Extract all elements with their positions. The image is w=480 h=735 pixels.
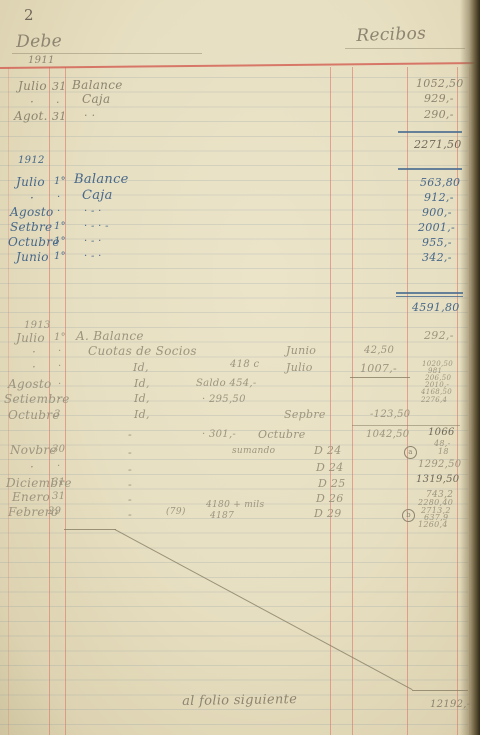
entry-date: Junio [16,250,49,264]
entry-amount: 290,- [424,108,454,121]
recibos-underline [345,48,465,49]
debe-underline [12,53,202,54]
entry-date: Julio [18,79,47,93]
entry-date: · [32,360,36,374]
entry-amount: 2001,- [418,221,455,234]
entry-ref: D 24 [314,444,342,457]
closing-line [64,529,116,530]
entry-desc: - [128,493,132,506]
entry-desc: - [128,428,132,441]
sum-underline [350,377,410,378]
entry-desc: - [128,463,132,476]
entry-ref: D 26 [316,492,344,505]
entry-value: 1007,- [360,362,397,375]
entry-date: Agot. [14,109,48,123]
entry-amount: 1066 [428,427,455,438]
ledger-page: 2 Debe Recibos 1911 Julio 31 Balance 105… [0,0,480,735]
entry-day: · [56,96,60,109]
entry-desc: - [128,478,132,491]
entry-month: Julio [286,361,313,374]
entry-day: · [58,379,61,390]
header-rule [0,62,480,69]
entry-amount: 955,- [422,236,452,249]
entry-day: · [58,394,61,405]
page-number: 2 [24,6,34,24]
entry-date: · [32,345,36,359]
entry-day: 1° [54,332,66,343]
sum-underline [352,425,460,426]
entry-day: 1° [54,176,66,187]
entry-day: · [58,346,61,357]
book-edge [460,0,480,735]
entry-amount: 342,- [422,251,452,264]
horizontal-ruling [0,77,468,735]
entry-month: Junio [286,344,316,357]
entry-day: 1° [54,236,66,247]
entry-note: Saldo 454,- [196,378,257,389]
circled-mark: a [404,446,417,459]
entry-amount: 900,- [422,206,452,219]
entry-note: (79) [166,507,186,517]
entry-sub-amount: 1260,4 [418,520,448,529]
entry-day: · [58,361,61,372]
entry-amount: 1292,50 [418,459,461,470]
entry-amount: 563,80 [420,176,460,189]
entry-day: 31 [52,491,65,502]
entry-day: 31 [52,477,65,488]
entry-ref: D 24 [316,461,344,474]
entry-date: Enero [12,490,50,504]
entry-amount: 1052,50 [416,77,464,90]
entry-day: · [57,192,60,203]
year-label: 1912 [18,155,45,166]
column-rule [352,67,353,735]
entry-sub-amount: 18 [438,447,449,456]
entry-desc: · - · - [84,221,109,232]
entry-desc: Caja [82,188,113,203]
entry-desc: Balance [74,172,129,187]
entry-desc: Id, [134,392,150,405]
total-rule [398,168,462,170]
entry-date: Novbre [10,443,57,457]
entry-date: Julio [16,175,45,189]
entry-month: Sepbre [284,408,326,421]
group-total: 4591,80 [412,301,460,314]
entry-desc: Cuotas de Socios [88,344,197,358]
entry-desc: - [128,446,132,459]
entry-note: 4187 [210,511,234,521]
carry-forward-note: al folio siguiente [182,692,297,709]
entry-amount: 929,- [424,92,454,105]
entry-amount: 912,- [424,191,454,204]
entry-date: · [30,460,34,474]
column-rule [330,67,331,735]
entry-note: · 295,50 [202,394,246,405]
entry-desc: Caja [82,92,110,106]
entry-note: sumando [232,446,275,456]
entry-date: · [30,191,34,205]
entry-desc: · - · [84,251,102,262]
scratch-figure: 2276,4 [421,396,447,404]
entry-ref: D 25 [318,477,346,490]
entry-desc: · - · [84,206,102,217]
entry-day: 31 [52,110,67,123]
total-rule [396,296,463,297]
entry-date: Julio [16,331,45,345]
entry-day: 1° [54,221,66,232]
closing-diagonal [115,529,413,690]
entry-desc: A. Balance [76,329,144,343]
entry-date: Octubre [8,408,60,422]
entry-day: · [57,461,60,472]
entry-day: 31 [52,80,67,93]
year-label: 1913 [24,320,51,331]
circled-mark: b [402,509,415,522]
entry-date: Agosto [8,377,52,391]
entry-amount: 1319,50 [416,474,459,485]
total-rule [396,292,463,294]
entry-desc: - [128,508,132,521]
entry-amount: 292,- [424,329,454,342]
debe-header: Debe [16,31,62,52]
entry-date: Octubre [8,235,60,249]
entry-date: Agosto [10,205,54,219]
entry-desc: Id, [133,361,149,374]
entry-day: 29 [48,506,61,517]
entry-desc: Id, [134,408,150,421]
entry-value: 1042,50 [366,429,409,440]
scratch-figure: 4168,50 [421,388,452,396]
group-total: 2271,50 [414,138,462,151]
entry-desc: Balance [72,78,123,92]
entry-desc: · · [84,109,95,122]
entry-ref: D 29 [314,507,342,520]
recibos-header: Recibos [356,24,426,46]
entry-day: 30 [52,444,65,455]
entry-date: Setbre [10,220,52,234]
total-rule [398,131,462,133]
entry-desc: · - · [84,236,102,247]
entry-day: · [57,206,60,217]
entry-date: · [30,95,34,109]
entry-month: Octubre [258,428,306,441]
closing-line [412,690,468,691]
entry-day: 1° [54,251,66,262]
entry-value: -123,50 [370,409,410,420]
entry-note: 4180 + mils [206,500,264,510]
entry-value: 42,50 [364,345,394,356]
entry-note: 418 c [230,359,259,370]
carry-forward-amount: 12192,- [430,699,470,710]
year-label: 1911 [28,55,55,66]
entry-note: · 301,- [202,429,236,440]
entry-day: 3 [54,409,61,420]
entry-desc: Id, [134,377,150,390]
